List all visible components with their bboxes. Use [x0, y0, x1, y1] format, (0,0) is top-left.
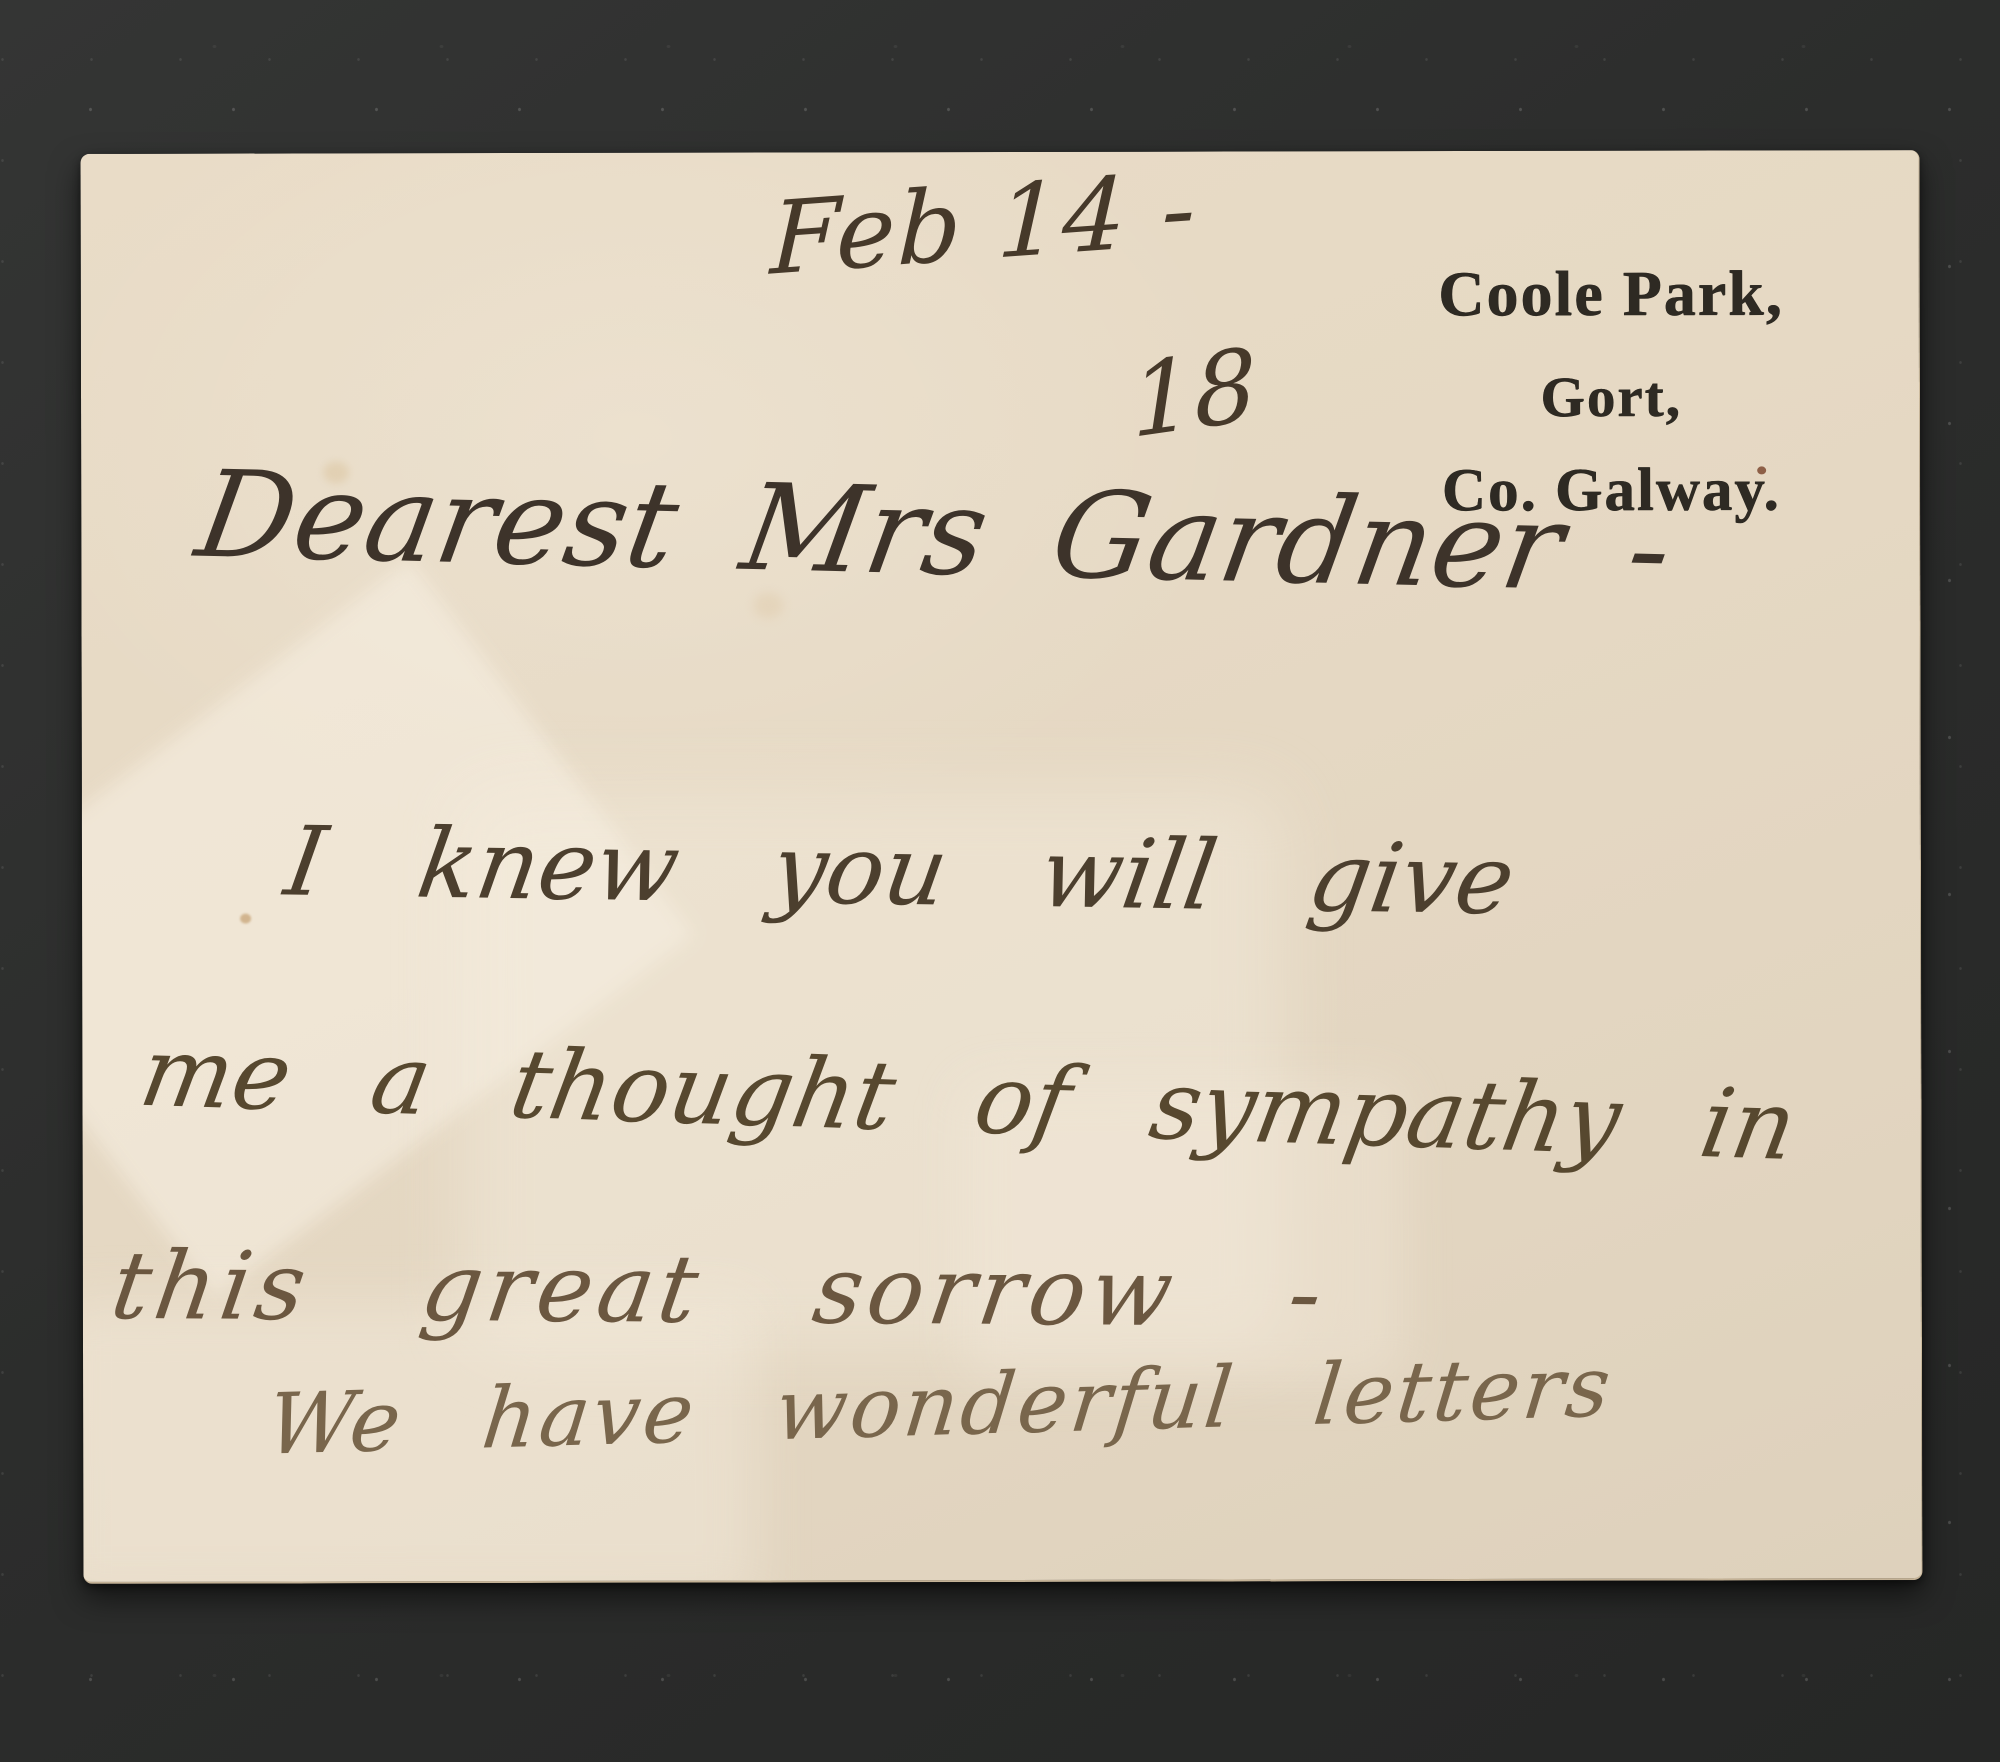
handwritten-date: Feb 14 - [769, 150, 1199, 298]
foxing-spot [240, 914, 251, 924]
handwritten-date-year: 18 [1129, 325, 1259, 461]
letterhead-line-1: Coole Park, [1291, 256, 1923, 331]
photo-background: Coole Park, Gort, Co. Galway. Feb 14 - 1… [0, 0, 2000, 1762]
printed-letterhead: Coole Park, Gort, Co. Galway. [1291, 150, 1923, 151]
letterhead-line-2: Gort, [1291, 364, 1923, 430]
body-line-4: We have wonderful letters [263, 1337, 1618, 1473]
body-line-1: I knew you will give [278, 806, 1522, 937]
body-line-3: this great sorrow - [105, 1232, 1334, 1349]
body-line-2: me a thought of sympathy in [133, 1016, 1805, 1182]
letter-card: Coole Park, Gort, Co. Galway. Feb 14 - 1… [81, 150, 1923, 1584]
paper-stain-wedge [81, 560, 694, 1297]
